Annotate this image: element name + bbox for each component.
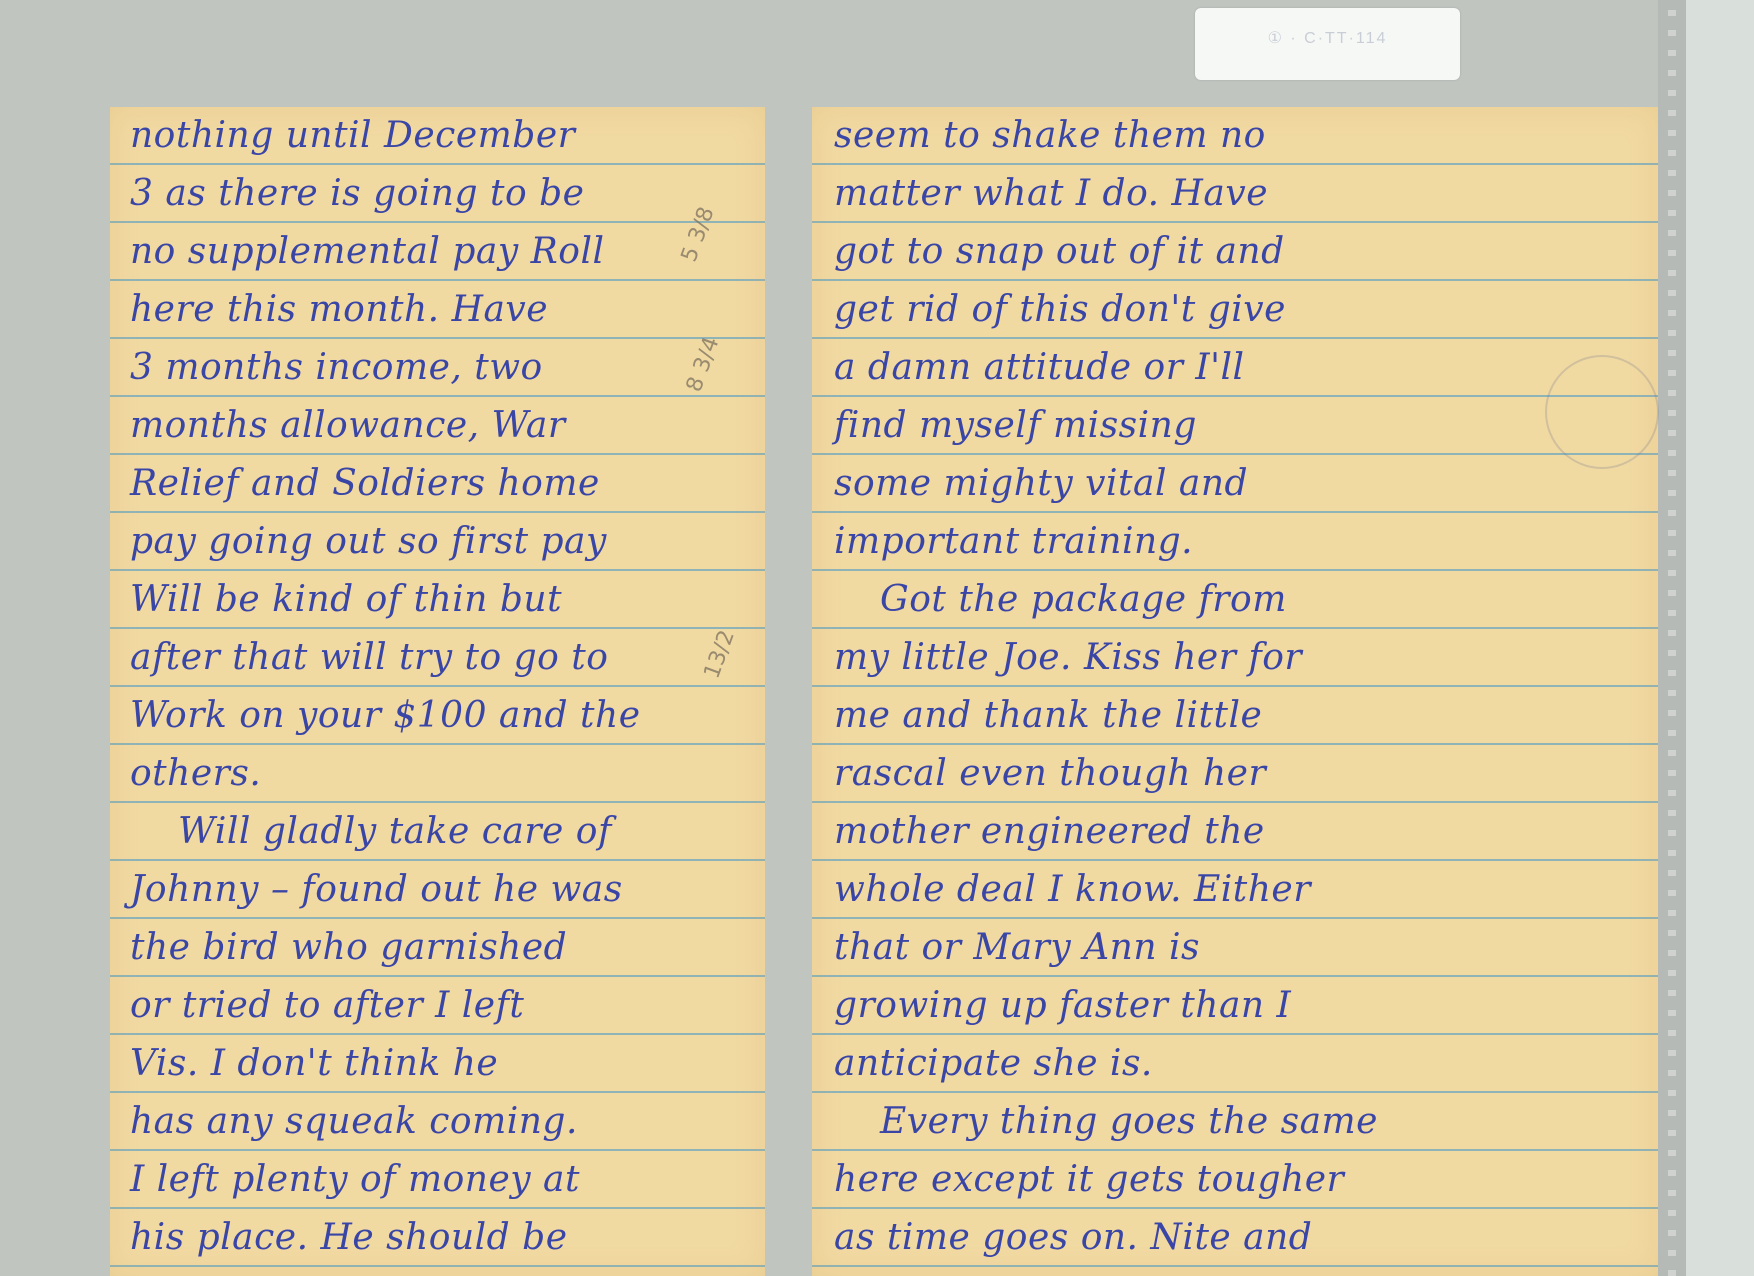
text-line: matter what I do. Have (812, 165, 1658, 223)
text-line: Relief and Soldiers home (110, 455, 765, 513)
text-line: others. (110, 745, 765, 803)
text-line: the bird who garnished (110, 919, 765, 977)
text-line: 3 months income, two (110, 339, 765, 397)
text-line: Vis. I don't think he (110, 1035, 765, 1093)
text-line: months allowance, War (110, 397, 765, 455)
text-line: mother engineered the (812, 803, 1658, 861)
archive-label: ① · C·TT·114 (1195, 8, 1460, 80)
faint-postmark-stamp (1545, 355, 1659, 469)
text-line: that or Mary Ann is (812, 919, 1658, 977)
text-line: whole deal I know. Either (812, 861, 1658, 919)
text-line: nothing until December (110, 107, 765, 165)
text-line: here except it gets tougher (812, 1151, 1658, 1209)
text-line: Work on your $100 and the (110, 687, 765, 745)
text-line: no supplemental pay Roll (110, 223, 765, 281)
text-line: me and thank the little (812, 687, 1658, 745)
text-line: find myself missing (812, 397, 1658, 455)
text-line: 3 as there is going to be (110, 165, 765, 223)
text-line: growing up faster than I (812, 977, 1658, 1035)
left-page-text: nothing until December 3 as there is goi… (110, 107, 765, 1267)
text-line: my little Joe. Kiss her for (812, 629, 1658, 687)
sleeve-edge (1686, 0, 1754, 1276)
text-line: pay going out so first pay (110, 513, 765, 571)
text-line: anticipate she is. (812, 1035, 1658, 1093)
text-line: seem to shake them no (812, 107, 1658, 165)
text-line: or tried to after I left (110, 977, 765, 1035)
text-line: a damn attitude or I'll (812, 339, 1658, 397)
letter-page-left: nothing until December 3 as there is goi… (110, 107, 765, 1276)
text-line: Got the package from (812, 571, 1658, 629)
text-line: I left plenty of money at (110, 1151, 765, 1209)
text-line: rascal even though her (812, 745, 1658, 803)
text-line: important training. (812, 513, 1658, 571)
text-line: Every thing goes the same (812, 1093, 1658, 1151)
text-line: Will gladly take care of (110, 803, 765, 861)
letter-page-right: seem to shake them no matter what I do. … (812, 107, 1658, 1276)
text-line: Johnny – found out he was (110, 861, 765, 919)
right-page-text: seem to shake them no matter what I do. … (812, 107, 1658, 1267)
text-line: after that will try to go to (110, 629, 765, 687)
text-line: here this month. Have (110, 281, 765, 339)
text-line: some mighty vital and (812, 455, 1658, 513)
archive-label-text: ① · C·TT·114 (1195, 28, 1460, 48)
text-line: Will be kind of thin but (110, 571, 765, 629)
sleeve-binding-strip (1658, 0, 1686, 1276)
text-line: got to snap out of it and (812, 223, 1658, 281)
text-line: as time goes on. Nite and (812, 1209, 1658, 1267)
text-line: his place. He should be (110, 1209, 765, 1267)
text-line: get rid of this don't give (812, 281, 1658, 339)
text-line: has any squeak coming. (110, 1093, 765, 1151)
